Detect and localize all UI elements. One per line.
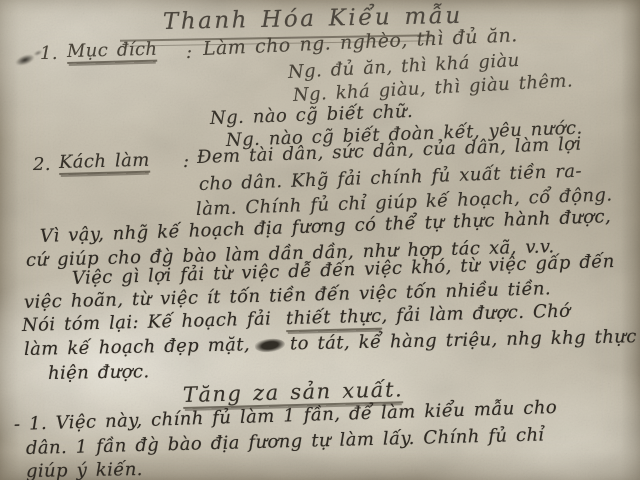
underlined-phrase: thiết thực bbox=[286, 306, 382, 332]
ink-smudge bbox=[11, 50, 40, 70]
handwritten-line: hiện được. bbox=[48, 363, 150, 383]
section-heading: Kách làm bbox=[59, 152, 150, 175]
section-heading: Mục đích bbox=[67, 41, 158, 64]
manuscript-page: Thanh Hóa Kiểu mẫu 1. Mục đích : Làm cho… bbox=[0, 0, 640, 480]
line-text: Nói tóm lại: Kế hoạch fải bbox=[22, 308, 272, 336]
line-text: , fải làm được. Chớ bbox=[381, 301, 570, 327]
colon: : bbox=[186, 44, 192, 62]
line-text: làm kế hoạch đẹp mặt, bbox=[24, 334, 251, 360]
ink-scribble bbox=[254, 337, 286, 354]
section-number: 1. bbox=[40, 45, 58, 63]
handwritten-line: giúp ý kiến. bbox=[26, 461, 143, 480]
colon: : bbox=[183, 153, 189, 171]
section-number: 2. bbox=[33, 156, 51, 174]
